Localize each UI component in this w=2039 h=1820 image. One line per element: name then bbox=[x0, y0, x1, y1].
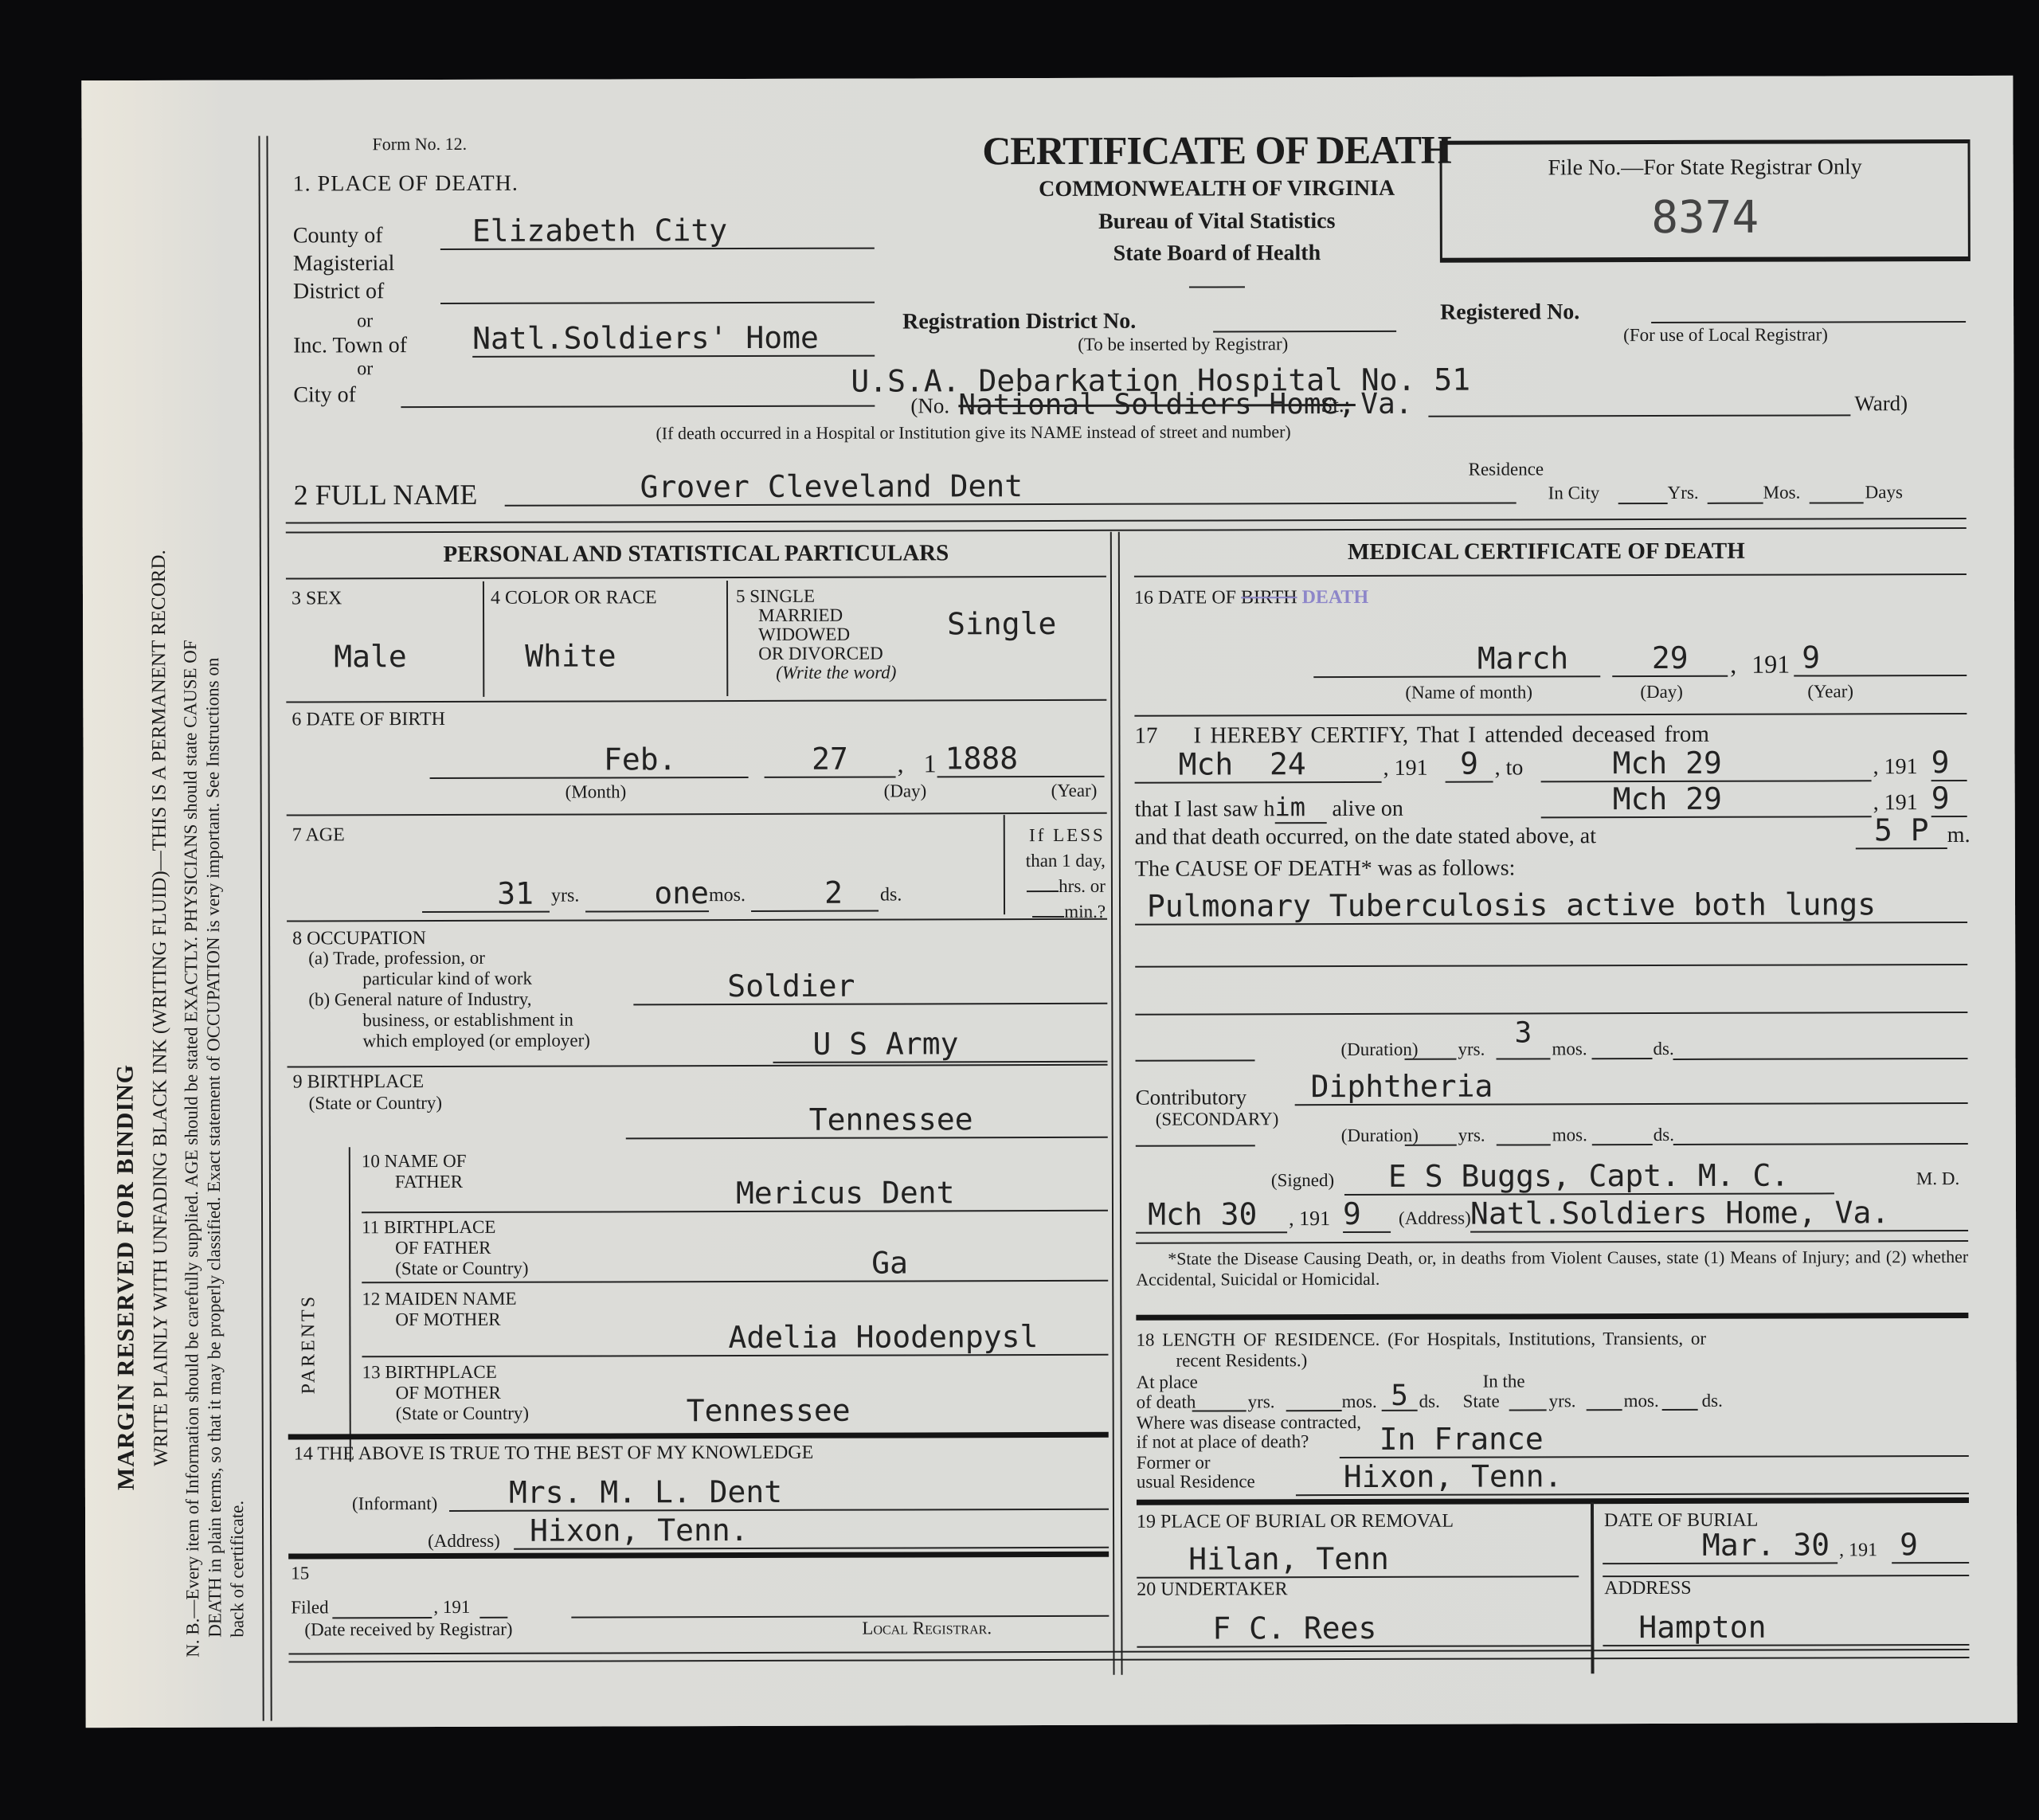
place-ds-label: ds. bbox=[1419, 1391, 1440, 1412]
undertaker-address-label: ADDRESS bbox=[1604, 1578, 1691, 1599]
bottom-rule-1 bbox=[288, 1649, 1969, 1655]
medical-section-title: MEDICAL CERTIFICATE OF DEATH bbox=[1126, 538, 1967, 566]
dod-month-caption: (Name of month) bbox=[1405, 682, 1532, 703]
section-rule-top-2 bbox=[286, 527, 1967, 534]
birthplace-field[interactable]: Tennessee bbox=[626, 1102, 1108, 1140]
dod-day-field[interactable]: 29 bbox=[1612, 640, 1728, 677]
duration2-ds-label: ds. bbox=[1654, 1125, 1674, 1145]
place-yrs-label: yrs. bbox=[1248, 1391, 1275, 1412]
margin-binding-note: MARGIN RESERVED FOR BINDING bbox=[112, 1064, 140, 1490]
dob-year-field[interactable]: 1888 bbox=[937, 741, 1104, 778]
row-rule-3 bbox=[287, 918, 1107, 922]
file-number-label: File No.—For State Registrar Only bbox=[1442, 155, 1968, 182]
residence-yrs-label: Yrs. bbox=[1668, 483, 1699, 503]
duration-post-line bbox=[1673, 1058, 1968, 1060]
medical-rule-4 bbox=[1137, 1497, 1969, 1505]
dob-day-field[interactable]: 27 bbox=[764, 742, 895, 778]
cause-blank-line-1[interactable] bbox=[1135, 964, 1967, 968]
last-saw-date-field[interactable]: Mch 29 bbox=[1541, 781, 1872, 818]
medical-rule-2 bbox=[1136, 1240, 1968, 1244]
registered-no-label: Registered No. bbox=[1440, 299, 1579, 325]
father-birthplace-field[interactable]: Ga bbox=[362, 1245, 1108, 1283]
street-no-label: (No. bbox=[910, 393, 949, 418]
row-rule-4 bbox=[288, 1064, 1108, 1068]
dob-year-caption: (Year) bbox=[1051, 781, 1098, 801]
duration-yrs-field[interactable] bbox=[1404, 1033, 1456, 1060]
ward-label: Ward) bbox=[1854, 391, 1908, 416]
age-divider bbox=[1004, 815, 1005, 914]
former-residence-label-2: usual Residence bbox=[1137, 1471, 1255, 1492]
occ-b2: business, or establishment in bbox=[308, 1010, 590, 1031]
duration2-ds-field[interactable] bbox=[1592, 1144, 1653, 1145]
dob-year-prefix: 1 bbox=[923, 749, 936, 778]
duration2-yrs-label: yrs. bbox=[1458, 1125, 1485, 1146]
true-statement-label: 14 THE ABOVE IS TRUE TO THE BEST OF MY K… bbox=[294, 1442, 814, 1466]
magisterial-label: Magisterial bbox=[293, 251, 395, 276]
certifier-address-field[interactable]: Natl.Soldiers Home, Va. bbox=[1470, 1195, 1968, 1233]
dob-month-field[interactable]: Feb. bbox=[429, 742, 748, 779]
residence-length-label-2: recent Residents.) bbox=[1176, 1350, 1307, 1371]
birthplace-label: 9 BIRTHPLACE bbox=[293, 1071, 425, 1093]
duration-mos-field[interactable]: 3 bbox=[1496, 1016, 1550, 1059]
undertaker-label: 20 UNDERTAKER bbox=[1137, 1579, 1287, 1600]
mother-birthplace-field[interactable]: Tennessee bbox=[687, 1393, 851, 1429]
state-yrs-label: yrs. bbox=[1549, 1391, 1576, 1411]
form-left-rule bbox=[258, 136, 264, 1721]
personal-title-rule bbox=[286, 576, 1106, 580]
residence-mos-label: Mos. bbox=[1763, 483, 1801, 503]
former-residence-field[interactable]: Hixon, Tenn. bbox=[1296, 1458, 1969, 1496]
column-divider-2 bbox=[1118, 532, 1123, 1675]
burial-place-field[interactable]: Hilan, Tenn bbox=[1137, 1540, 1579, 1578]
state-mos-field[interactable] bbox=[1587, 1389, 1622, 1411]
age-ds-label: ds. bbox=[880, 884, 902, 906]
father-name-field[interactable]: Mericus Dent bbox=[362, 1175, 1108, 1213]
duration-ds-field[interactable] bbox=[1591, 1032, 1652, 1059]
age-label: 7 AGE bbox=[292, 824, 345, 846]
md-label: M. D. bbox=[1916, 1168, 1959, 1189]
institution-note: (If death occurred in a Hospital or Inst… bbox=[656, 421, 1290, 444]
state-label: State bbox=[1463, 1391, 1500, 1412]
secondary-label: (SECONDARY) bbox=[1156, 1109, 1279, 1129]
cause-footnote: *State the Disease Causing Death, or, in… bbox=[1136, 1247, 1968, 1290]
informant-address-label: (Address) bbox=[428, 1531, 500, 1552]
bureau-heading: Bureau of Vital Statistics bbox=[902, 208, 1532, 235]
form-number: Form No. 12. bbox=[372, 134, 467, 155]
duration2-pre-line bbox=[1136, 1145, 1255, 1146]
residence-days-label: Days bbox=[1865, 482, 1903, 503]
town-field[interactable]: Natl.Soldiers' Home bbox=[472, 320, 875, 358]
or-label-2: or bbox=[357, 358, 373, 380]
cause-blank-line-2[interactable] bbox=[1135, 1012, 1967, 1016]
local-registrar-label: Local Registrar. bbox=[862, 1618, 992, 1638]
commonwealth-heading: COMMONWEALTH OF VIRGINIA bbox=[902, 175, 1532, 202]
undertaker-address-field[interactable]: Hampton bbox=[1603, 1609, 1969, 1646]
certificate-paper: MARGIN RESERVED FOR BINDING WRITE PLAINL… bbox=[81, 76, 2017, 1728]
to-label: , to bbox=[1495, 755, 1524, 781]
residence-mos-field[interactable] bbox=[1708, 503, 1763, 504]
signed-label: (Signed) bbox=[1271, 1170, 1334, 1191]
residence-yrs-field[interactable] bbox=[1618, 503, 1668, 504]
signed-year-field[interactable]: 9 bbox=[1343, 1196, 1391, 1233]
registered-no-note: (For use of Local Registrar) bbox=[1623, 324, 1828, 346]
duration2-yrs-field[interactable] bbox=[1405, 1145, 1457, 1146]
cause-label: The CAUSE OF DEATH* was as follows: bbox=[1135, 855, 1516, 882]
attended-from-field[interactable]: Mch 24 bbox=[1134, 746, 1381, 784]
file-number-value[interactable]: 8374 bbox=[1442, 191, 1968, 245]
filed-label: Filed bbox=[291, 1597, 328, 1618]
burial-year-field[interactable]: 9 bbox=[1892, 1527, 1969, 1564]
registered-no-field[interactable] bbox=[1651, 321, 1966, 323]
death-time-field[interactable]: 5 P bbox=[1856, 812, 1947, 849]
dob-month-caption: (Month) bbox=[566, 781, 627, 802]
occupation-field[interactable]: Soldier bbox=[633, 968, 1107, 1006]
filed-year-field[interactable] bbox=[479, 1617, 507, 1618]
bottom-rule-2 bbox=[288, 1657, 1969, 1663]
board-heading: State Board of Health bbox=[902, 240, 1532, 267]
column-divider bbox=[1110, 532, 1115, 1675]
full-name-label: 2 FULL NAME bbox=[294, 478, 478, 512]
marital-label-widowed: WIDOWED bbox=[736, 625, 896, 645]
age-less-than-day: If LESS than 1 day, hrs. or min.? bbox=[1014, 823, 1106, 925]
of-death-label: of death bbox=[1137, 1392, 1196, 1413]
duration-mos-label: mos. bbox=[1552, 1039, 1587, 1059]
burial-date-rule bbox=[1603, 1575, 1969, 1577]
sex-label: 3 SEX bbox=[292, 588, 342, 609]
to-year-field[interactable]: 9 bbox=[1931, 745, 1967, 781]
at-place-label: At place bbox=[1137, 1372, 1198, 1393]
row-rule-informant bbox=[288, 1552, 1109, 1560]
duration2-post-line bbox=[1673, 1143, 1968, 1145]
ward-line bbox=[1428, 414, 1850, 417]
certificate-title: CERTIFICATE OF DEATH bbox=[902, 126, 1531, 174]
duration2-mos-label: mos. bbox=[1552, 1125, 1587, 1145]
race-divider bbox=[726, 581, 728, 696]
death-time-label: and that death occurred, on the date sta… bbox=[1135, 824, 1596, 851]
margin-nb-line2: DEATH in plain terms, so that it may be … bbox=[202, 658, 225, 1638]
informant-label: (Informant) bbox=[352, 1493, 437, 1514]
registration-district-label: Registration District No. bbox=[902, 309, 1136, 335]
attended-to-field[interactable]: Mch 29 bbox=[1540, 745, 1871, 782]
dod-year-field[interactable]: 9 bbox=[1794, 640, 1967, 677]
occ-b3: which employed (or employer) bbox=[308, 1031, 590, 1052]
county-label: County of bbox=[293, 223, 383, 249]
duration-ds-label: ds. bbox=[1653, 1039, 1673, 1059]
place-ds-field[interactable]: 5 bbox=[1382, 1380, 1418, 1411]
sex-divider bbox=[483, 581, 484, 697]
personal-section-title: PERSONAL AND STATISTICAL PARTICULARS bbox=[286, 540, 1106, 569]
occupation-sublabels: (a) Trade, profession, or particular kin… bbox=[308, 948, 590, 1052]
row-rule-parents bbox=[288, 1432, 1109, 1440]
row-rule-2 bbox=[287, 812, 1107, 816]
signed-field[interactable]: E S Buggs, Capt. M. C. bbox=[1344, 1157, 1834, 1196]
state-field[interactable]: Va. bbox=[1360, 388, 1412, 421]
parents-label: PARENTS bbox=[298, 1294, 319, 1395]
marital-label-single: 5 SINGLE bbox=[736, 587, 896, 607]
age-years-field[interactable]: 31 bbox=[422, 876, 550, 913]
occupation-label: 8 OCCUPATION bbox=[292, 928, 426, 949]
state-yrs-field[interactable] bbox=[1509, 1389, 1547, 1411]
dod-label: 16 DATE OF BIRTH DEATH bbox=[1134, 587, 1368, 609]
local-registrar-field[interactable] bbox=[571, 1615, 1109, 1618]
dob-label: 6 DATE OF BIRTH bbox=[292, 709, 445, 731]
dod-year-caption: (Year) bbox=[1807, 681, 1853, 702]
district-label: District of bbox=[293, 279, 384, 304]
dod-stamp-death: DEATH bbox=[1302, 587, 1369, 608]
signed-date-field[interactable]: Mch 30 bbox=[1136, 1196, 1287, 1233]
dod-year-prefix: 191 bbox=[1751, 650, 1790, 679]
marital-label-divorced: OR DIVORCED bbox=[736, 644, 896, 664]
residence-days-field[interactable] bbox=[1810, 502, 1864, 503]
file-number-box: File No.—For State Registrar Only 8374 bbox=[1440, 139, 1971, 263]
marital-label-married: MARRIED bbox=[736, 606, 896, 626]
duration2-mos-field[interactable] bbox=[1497, 1144, 1551, 1145]
residence-length-label: 18 LENGTH OF RESIDENCE. (For Hospitals, … bbox=[1136, 1328, 1968, 1351]
birthplace-note: (State or Country) bbox=[309, 1093, 442, 1114]
place-mos-field[interactable] bbox=[1286, 1390, 1342, 1411]
marital-field[interactable]: Single bbox=[947, 606, 1056, 641]
residence-label: Residence bbox=[1469, 459, 1544, 479]
less-label-1: If LESS bbox=[1014, 823, 1106, 848]
place-yrs-field[interactable] bbox=[1192, 1390, 1246, 1411]
duration-label-2: (Duration) bbox=[1341, 1125, 1419, 1146]
burial-date-field[interactable]: Mar. 30 bbox=[1603, 1527, 1837, 1564]
burial-year-prefix: , 191 bbox=[1839, 1540, 1877, 1561]
less-label-2: than 1 day, bbox=[1014, 848, 1106, 874]
district-field[interactable] bbox=[440, 270, 875, 304]
parents-divider bbox=[349, 1147, 351, 1462]
section-rule-top bbox=[286, 518, 1967, 524]
city-field[interactable] bbox=[401, 372, 875, 409]
registration-district-field[interactable] bbox=[1213, 331, 1396, 333]
contracted-field[interactable]: In France bbox=[1340, 1420, 1969, 1458]
medical-rule-1 bbox=[1134, 713, 1967, 717]
age-mos-label: mos. bbox=[709, 885, 746, 906]
residence-in-city-label: In City bbox=[1548, 483, 1600, 503]
state-ds-label: ds. bbox=[1702, 1391, 1723, 1411]
place-mos-label: mos. bbox=[1342, 1391, 1377, 1412]
title-divider bbox=[1189, 286, 1245, 288]
filed-note: (Date received by Registrar) bbox=[304, 1619, 512, 1641]
former-residence-label-1: Former or bbox=[1137, 1452, 1211, 1473]
full-name-field[interactable]: Grover Cleveland Dent bbox=[505, 467, 1517, 506]
race-field[interactable]: White bbox=[525, 638, 616, 673]
age-months-field[interactable]: one bbox=[585, 875, 709, 912]
street-st-label: St.; bbox=[1321, 393, 1350, 417]
dod-day-caption: (Day) bbox=[1640, 682, 1683, 703]
or-label-1: or bbox=[357, 311, 373, 332]
margin-write-plainly: WRITE PLAINLY WITH UNFADING BLACK INK (W… bbox=[148, 550, 173, 1466]
street-field[interactable]: National Soldiers Home, bbox=[958, 388, 1356, 421]
margin-nb-line1: N. B.—Every item of Information should b… bbox=[180, 640, 203, 1658]
dod-struck-birth: BIRTH bbox=[1241, 587, 1297, 608]
occ-a2: particular kind of work bbox=[308, 969, 590, 990]
marital-note: (Write the word) bbox=[736, 663, 896, 683]
sex-field[interactable]: Male bbox=[334, 639, 407, 674]
medical-rule-3 bbox=[1136, 1313, 1968, 1321]
death-time-m-label: m. bbox=[1947, 823, 1971, 848]
less-min-label[interactable]: min.? bbox=[1014, 899, 1106, 925]
duration-pre-line bbox=[1136, 1059, 1255, 1061]
from-year-field[interactable]: 9 bbox=[1445, 746, 1493, 783]
undertaker-field[interactable]: F C. Rees bbox=[1137, 1610, 1591, 1647]
less-hrs-label[interactable]: hrs. or bbox=[1014, 874, 1106, 899]
county-field[interactable]: Elizabeth City bbox=[440, 213, 875, 250]
contributory-label: Contributory bbox=[1136, 1085, 1247, 1110]
dod-month-field[interactable]: March bbox=[1313, 640, 1600, 678]
filed-number: 15 bbox=[291, 1563, 309, 1583]
margin-nb-line3: back of certificate. bbox=[227, 1501, 248, 1638]
age-yrs-label: yrs. bbox=[551, 886, 579, 907]
contributory-field[interactable]: Diphtheria bbox=[1295, 1067, 1968, 1106]
to-year-prefix: , 191 bbox=[1873, 754, 1918, 780]
burial-place-label: 19 PLACE OF BURIAL OR REMOVAL bbox=[1137, 1511, 1454, 1533]
informant-field[interactable]: Mrs. M. L. Dent bbox=[449, 1474, 1109, 1512]
age-days-field[interactable]: 2 bbox=[751, 875, 879, 912]
informant-address-field[interactable]: Hixon, Tenn. bbox=[514, 1512, 1109, 1550]
marital-labels: 5 SINGLE MARRIED WIDOWED OR DIVORCED (Wr… bbox=[736, 587, 897, 683]
last-saw-label: that I last saw him alive on bbox=[1135, 792, 1403, 824]
contracted-label-1: Where was disease contracted, bbox=[1137, 1412, 1361, 1434]
occ-a1: (a) Trade, profession, or bbox=[308, 948, 590, 969]
certifier-address-label: (Address) bbox=[1399, 1208, 1471, 1229]
from-year-prefix: , 191 bbox=[1383, 756, 1428, 781]
dob-day-caption: (Day) bbox=[884, 781, 927, 801]
race-label: 4 COLOR OR RACE bbox=[491, 587, 657, 609]
registration-district-note: (To be inserted by Registrar) bbox=[1078, 334, 1288, 355]
burial-divider bbox=[1591, 1502, 1595, 1673]
mother-birthplace-label: 13 BIRTHPLACE OF MOTHER (State or Countr… bbox=[362, 1362, 530, 1425]
signed-year-prefix: , 191 bbox=[1289, 1207, 1330, 1231]
filed-year-label: , 191 bbox=[433, 1597, 470, 1618]
filed-date-field[interactable] bbox=[332, 1617, 432, 1618]
industry-field[interactable]: U S Army bbox=[773, 1026, 1107, 1063]
mother-name-field[interactable]: Adelia Hoodenpysl bbox=[362, 1319, 1108, 1357]
form-left-rule-inner bbox=[266, 136, 272, 1721]
medical-title-rule bbox=[1134, 573, 1967, 577]
town-label: Inc. Town of bbox=[293, 333, 407, 358]
cause-of-death-field[interactable]: Pulmonary Tuberculosis active both lungs bbox=[1135, 887, 1967, 926]
state-mos-label: mos. bbox=[1624, 1391, 1659, 1411]
place-of-death-heading: 1. PLACE OF DEATH. bbox=[293, 171, 519, 198]
occ-b1: (b) General nature of Industry, bbox=[308, 989, 590, 1011]
duration-yrs-label: yrs. bbox=[1458, 1039, 1485, 1060]
city-label: City of bbox=[293, 382, 356, 408]
last-saw-pronoun[interactable]: im bbox=[1274, 792, 1326, 824]
state-ds-field[interactable] bbox=[1662, 1389, 1698, 1411]
contracted-label-2: if not at place of death? bbox=[1137, 1431, 1309, 1453]
row-rule-1 bbox=[286, 699, 1106, 703]
